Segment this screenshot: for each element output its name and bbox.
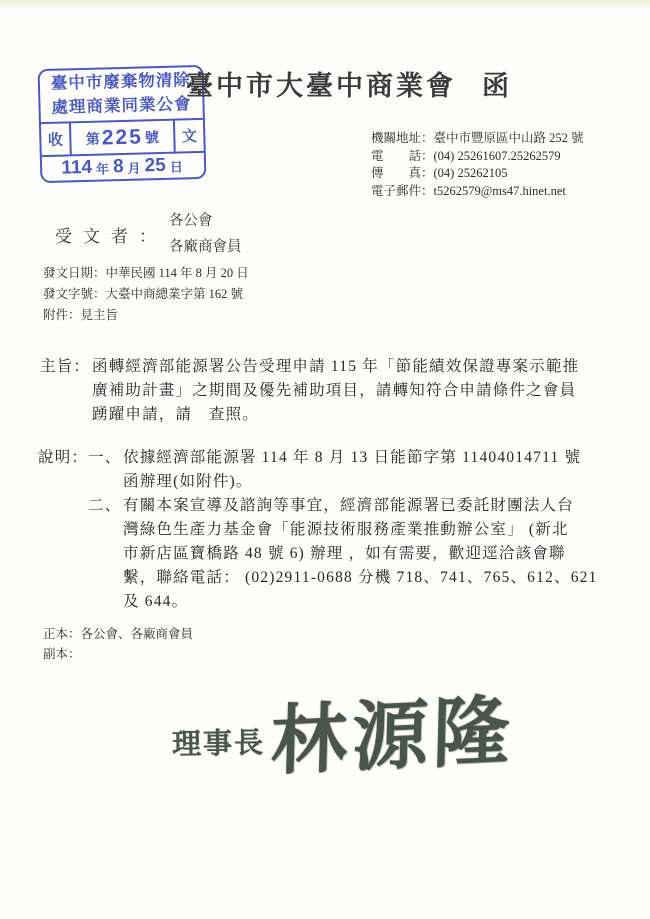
signature-block: 理事長 林源隆 (171, 697, 514, 780)
description-line: 函辦理(如附件)。 (123, 470, 598, 494)
description-line: 灣綠色生產力基金會「能源技術服務產業推動辦公室」 (新北 (123, 518, 598, 542)
stamp-number-row: 收 第 225 號 文 (41, 118, 204, 155)
subject-label: 主旨： (40, 355, 90, 379)
description-item-1: 一、 依據經濟部能源署 114 年 8 月 13 日能節字第 114040147… (88, 446, 598, 494)
subject-block: 主旨： 函轉經濟部能源署公告受理申請 115 年「節能績效保證專案示範推 廣補助… (40, 355, 579, 427)
stamp-no-value: 225 (102, 125, 144, 150)
description-line: 及 644。 (123, 590, 598, 614)
duplicate-copy-line: 副本： (43, 644, 193, 664)
letter-page: 臺中市廢棄物清除 處理商業同業公會 收 第 225 號 文 114 年 8 月 … (0, 0, 650, 919)
stamp-recv-label: 收 (41, 123, 72, 155)
issue-date: 發文日期：中華民國 114 年 8 月 20 日 (43, 263, 249, 284)
contact-address: 機關地址：臺中市豐原區中山路 252 號 (371, 130, 584, 148)
stamp-doc-label: 文 (173, 120, 204, 152)
subject-line: 廣補助計畫」之期間及優先補助項目，請轉知符合申請條件之會員 (92, 379, 579, 403)
chairman-title: 理事長 (172, 720, 266, 763)
stamp-date-year: 114 (61, 157, 92, 180)
stamp-org-line2: 處理商業同業公會 (40, 91, 203, 119)
contact-email: 電子郵件：t5262579@ms47.hinet.net (371, 183, 584, 201)
recipient-names: 各公會 各廠商會員 (169, 208, 242, 260)
contact-fax: 傳 真：(04) 25262105 (371, 165, 584, 183)
stamp-date-day-unit: 日 (170, 156, 184, 175)
contact-phone: 電 話：(04) 25261607.25262579 (371, 148, 584, 166)
recipient-label: 受文者： (55, 222, 167, 247)
copies-block: 正本：各公會、各廠商會員 副本： (43, 624, 193, 664)
attachment-note: 附件：見主旨 (43, 305, 249, 326)
subject-line: 踴躍申請，請 查照。 (92, 403, 579, 427)
recipient-name: 各公會 (169, 208, 242, 234)
description-item-2: 二、 有關本案宣導及諮詢等事宜，經濟部能源署已委託財團法人台 灣綠色生產力基金會… (88, 494, 598, 614)
stamp-date-row: 114 年 8 月 25 日 (42, 151, 205, 181)
stamp-date-month: 8 (113, 156, 124, 178)
stamp-no-suffix: 號 (145, 127, 160, 147)
description-line: 市新店區寶橋路 48 號 6) 辦理 ，如有需要，歡迎逕洽該會聯 (123, 542, 598, 566)
original-copy-line: 正本：各公會、各廠商會員 (43, 624, 193, 644)
description-line: 依據經濟部能源署 114 年 8 月 13 日能節字第 11404014711 … (123, 446, 598, 470)
description-label: 說明： (38, 446, 88, 470)
item-number: 二、 (88, 494, 121, 518)
stamp-date-month-unit: 月 (127, 157, 141, 176)
doc-number: 發文字號：大臺中商總業字第 162 號 (43, 284, 249, 305)
page-title: 臺中市大臺中商業會函 (186, 64, 512, 103)
page-title-suffix: 函 (482, 71, 512, 101)
item-number: 一、 (88, 446, 121, 470)
stamp-number: 第 225 號 (71, 121, 174, 155)
stamp-date-day: 25 (144, 155, 166, 178)
contact-block: 機關地址：臺中市豐原區中山路 252 號 電 話：(04) 25261607.2… (371, 130, 584, 200)
received-stamp: 臺中市廢棄物清除 處理商業同業公會 收 第 225 號 文 114 年 8 月 … (38, 65, 207, 183)
description-line: 繫，聯絡電話： (02)2911-0688 分機 718、741、765、612… (123, 566, 598, 590)
subject-line: 函轉經濟部能源署公告受理申請 115 年「節能績效保證專案示範推 (92, 355, 579, 379)
stamp-no-prefix: 第 (86, 128, 101, 148)
recipient-name: 各廠商會員 (169, 234, 242, 260)
page-title-main: 臺中市大臺中商業會 (186, 71, 456, 101)
description-block: 說明： 一、 依據經濟部能源署 114 年 8 月 13 日能節字第 11404… (38, 446, 598, 614)
meta-block: 發文日期：中華民國 114 年 8 月 20 日 發文字號：大臺中商總業字第 1… (43, 263, 249, 326)
recipient-block: 受文者： 各公會 各廠商會員 (55, 208, 242, 260)
description-line: 有關本案宣導及諮詢等事宜，經濟部能源署已委託財團法人台 (123, 494, 598, 518)
chairman-signature: 林源隆 (270, 694, 515, 782)
stamp-date-year-unit: 年 (96, 158, 110, 177)
